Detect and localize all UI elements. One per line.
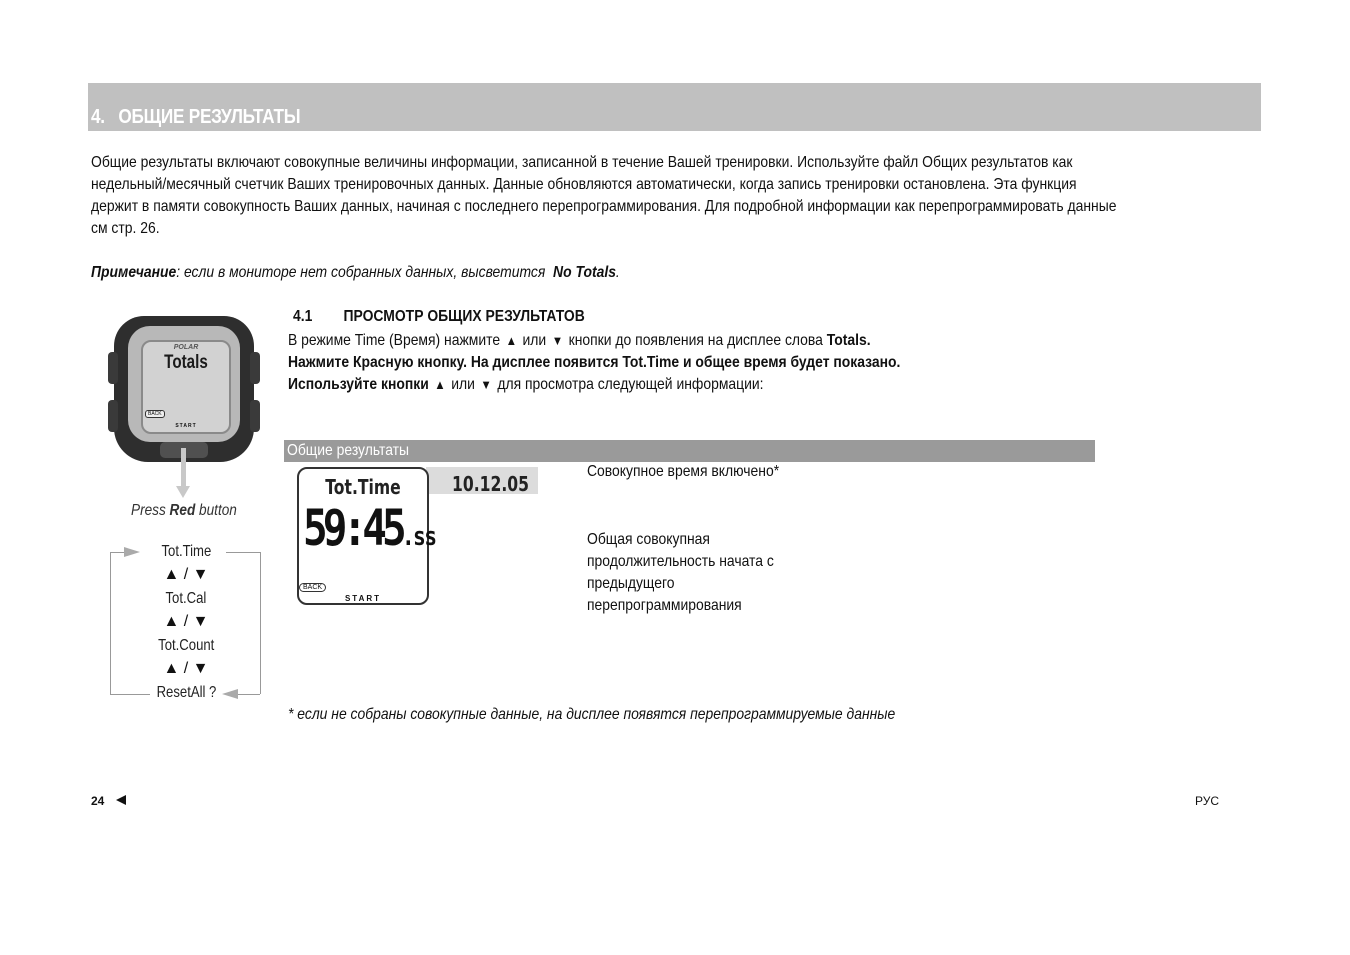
up-down-icons: ▲ / ▼ [108,566,264,584]
press-red-caption: Press Red button [131,502,237,520]
instructions: В режиме Time (Время) нажмите ▲ или ▼ кн… [288,330,900,396]
intro-line: недельный/месячный счетчик Ваших трениро… [91,174,1116,196]
watch-illustration: POLAR Totals BACK START [108,316,260,462]
note-end: . [616,264,620,281]
description-line: предыдущего [587,573,774,595]
up-down-icons: ▲ / ▼ [108,660,264,678]
watch-screen: POLAR Totals BACK START [141,340,231,434]
down-triangle-icon: ▼ [552,330,563,352]
instruction-line-3: Используйте кнопки ▲ или ▼ для просмотра… [288,374,900,396]
subsection-title: ПРОСМОТР ОБЩИХ РЕЗУЛЬТАТОВ [343,308,584,325]
description-line: продолжительность начата с [587,551,774,573]
table-header-label: Общие результаты [287,442,409,460]
down-triangle-icon: ▼ [481,374,492,396]
intro-line: см стр. 26. [91,218,1116,240]
table-description-1: Совокупное время включено* [587,463,779,481]
lcd-label: Tot.Time [313,475,413,499]
footnote: * если не собраны совокупные данные, на … [288,706,895,724]
subsection-heading: 4.1ПРОСМОТР ОБЩИХ РЕЗУЛЬТАТОВ [293,308,585,326]
up-triangle-icon: ▲ [506,330,517,352]
note: Примечание: если в мониторе нет собранны… [91,264,620,282]
watch-back-label: BACK [145,410,165,418]
section-title-text: ОБЩИЕ РЕЗУЛЬТАТЫ [118,106,300,128]
caption-bold: Red [170,502,196,519]
caption-post: button [199,502,237,519]
table-description-2: Общая совокупная продолжительность начат… [587,529,774,617]
description-line: Общая совокупная [587,529,774,551]
watch-start-label: START [143,423,229,429]
down-arrow-icon [176,486,190,498]
watch-screen-word: Totals [152,352,221,374]
down-arrow-shaft [181,448,186,488]
lcd-display: Tot.Time 59:45.ss BACK START [297,467,429,605]
note-label: Примечание [91,264,176,281]
caption-pre: Press [131,502,166,519]
watch-brand: POLAR [143,344,229,351]
up-down-icons: ▲ / ▼ [108,613,264,631]
lcd-back-label: BACK [299,583,326,592]
flow-item-tot-cal: Tot.Cal [108,590,264,608]
lcd-display-cell: 10.12.05 Tot.Time 59:45.ss BACK START [284,462,540,610]
section-number: 4. [91,106,105,128]
lcd-time: 59:45.ss [303,499,435,557]
lcd-date: 10.12.05 [452,472,529,496]
watch-side-button [108,352,118,384]
flow-item-reset-all: ResetAll ? [108,684,264,702]
watch-side-button [250,352,260,384]
menu-flow-loop: Tot.Time ▲ / ▼ Tot.Cal ▲ / ▼ Tot.Count ▲… [108,540,264,706]
flow-item-tot-time: Tot.Time [108,543,264,561]
lcd-start-label: START [299,594,427,603]
watch-side-button [250,400,260,432]
instruction-line-1: В режиме Time (Время) нажмите ▲ или ▼ кн… [288,330,900,352]
intro-line: держит в памяти совокупность Ваших данны… [91,196,1116,218]
language-label: РУС [1195,794,1219,808]
subsection-number: 4.1 [293,308,343,326]
table-header: Общие результаты [284,440,1095,462]
watch-side-button [108,400,118,432]
page-number: 24 [91,794,104,808]
intro-line: Общие результаты включают совокупные вел… [91,152,1116,174]
flow-item-tot-count: Tot.Count [108,637,264,655]
note-text: : если в мониторе нет собранных данных, … [176,264,545,281]
instruction-line-2: Нажмите Красную кнопку. На дисплее появи… [288,352,900,374]
page-back-arrow-icon[interactable] [116,795,126,805]
intro-paragraph: Общие результаты включают совокупные вел… [91,152,1116,240]
description-line: перепрограммирования [587,595,774,617]
up-triangle-icon: ▲ [434,374,445,396]
section-header-bar: 4. ОБЩИЕ РЕЗУЛЬТАТЫ [88,83,1261,131]
section-title: 4. ОБЩИЕ РЕЗУЛЬТАТЫ [91,106,300,129]
note-value: No Totals [553,264,616,281]
